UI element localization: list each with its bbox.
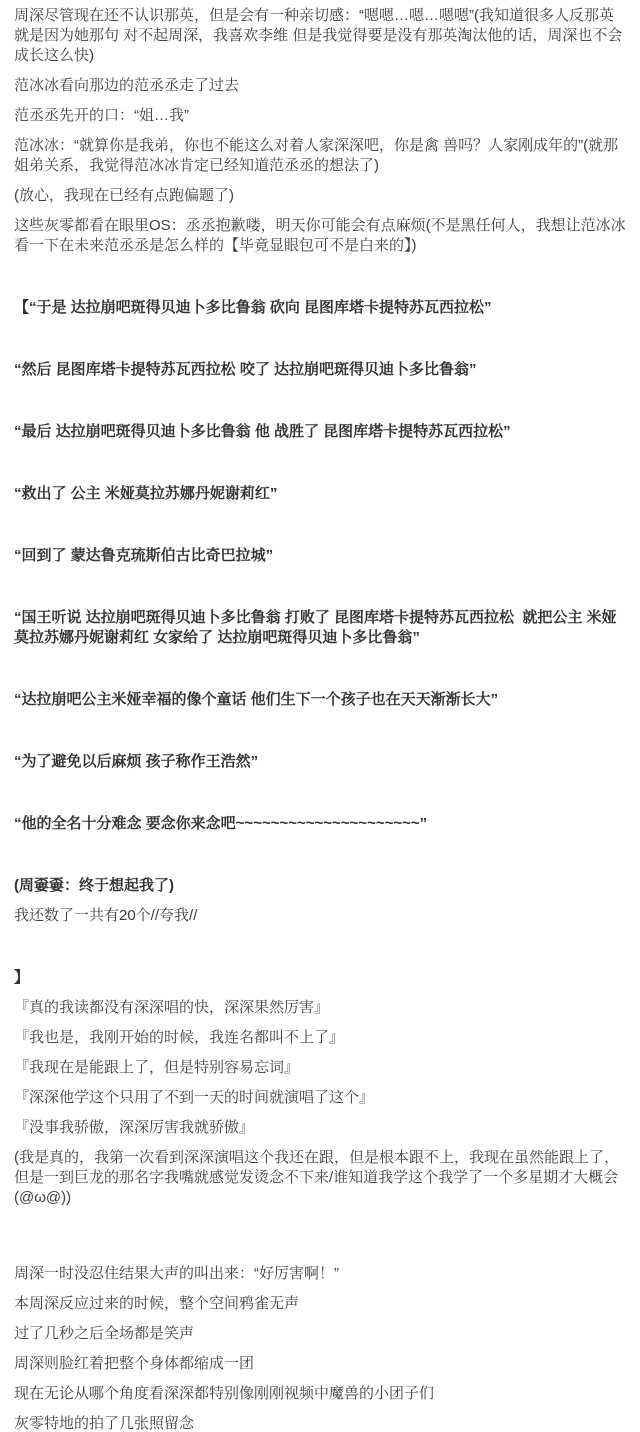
- paragraph: 现在无论从哪个角度看深深都特别像刚刚视频中魔兽的小团子们: [14, 1384, 626, 1404]
- paragraph: (我是真的，我第一次看到深深演唱这个我还在跟，但是根本跟不上，我现在虽然能跟上了…: [14, 1148, 626, 1208]
- paragraph: “救出了 公主 米娅莫拉苏娜丹妮谢莉红”: [14, 484, 626, 504]
- paragraph: “他的全名十分难念 要念你来念吧~~~~~~~~~~~~~~~~~~~~~”: [14, 814, 626, 834]
- paragraph: (放心，我现在已经有点跑偏题了): [14, 186, 626, 206]
- paragraph: 『没事我骄傲，深深厉害我就骄傲』: [14, 1118, 626, 1138]
- paragraph: 我还数了一共有20个//夸我//: [14, 906, 626, 926]
- paragraph: “为了避免以后麻烦 孩子称作王浩然”: [14, 752, 626, 772]
- paragraph: “国王听说 达拉崩吧斑得贝迪卜多比鲁翁 打败了 昆图库塔卡提特苏瓦西拉松 就把公…: [14, 608, 626, 648]
- paragraph: 周深尽管现在还不认识那英，但是会有一种亲切感：“嗯嗯…嗯…嗯嗯”(我知道很多人反…: [14, 6, 626, 66]
- paragraph: 周深一时没忍住结果大声的叫出来：“好厉害啊！”: [14, 1264, 626, 1284]
- paragraph: 这些灰零都看在眼里OS：丞丞抱歉喽，明天你可能会有点麻烦(不是黑任何人，我想让范…: [14, 216, 626, 256]
- paragraph: (周嫑嫑：终于想起我了): [14, 876, 626, 896]
- paragraph: 范冰冰看向那边的范丞丞走了过去: [14, 76, 626, 96]
- paragraph: “最后 达拉崩吧斑得贝迪卜多比鲁翁 他 战胜了 昆图库塔卡提特苏瓦西拉松”: [14, 422, 626, 442]
- paragraph: 周深则脸红着把整个身体都缩成一团: [14, 1354, 626, 1374]
- paragraph: 】: [14, 968, 626, 988]
- paragraph: 『我也是，我刚开始的时候，我连名都叫不上了』: [14, 1028, 626, 1048]
- paragraph: 『真的我读都没有深深唱的快，深深果然厉害』: [14, 998, 626, 1018]
- paragraph: “达拉崩吧公主米娅幸福的像个童话 他们生下一个孩子也在天天渐渐长大”: [14, 690, 626, 710]
- paragraph: 本周深反应过来的时候，整个空间鸦雀无声: [14, 1294, 626, 1314]
- page: 周深尽管现在还不认识那英，但是会有一种亲切感：“嗯嗯…嗯…嗯嗯”(我知道很多人反…: [0, 0, 640, 1432]
- paragraph: 范冰冰：“就算你是我弟，你也不能这么对着人家深深吧，你是禽 兽吗？人家刚成年的”…: [14, 136, 626, 176]
- paragraph: 『深深他学这个只用了不到一天的时间就演唱了这个』: [14, 1088, 626, 1108]
- paragraph: “然后 昆图库塔卡提特苏瓦西拉松 咬了 达拉崩吧斑得贝迪卜多比鲁翁”: [14, 360, 626, 380]
- paragraph: 『我现在是能跟上了，但是特别容易忘词』: [14, 1058, 626, 1078]
- paragraph: 【“于是 达拉崩吧斑得贝迪卜多比鲁翁 砍向 昆图库塔卡提特苏瓦西拉松”: [14, 298, 626, 318]
- paragraph: 灰零特地的拍了几张照留念: [14, 1414, 626, 1432]
- paragraph: 范丞丞先开的口：“姐…我”: [14, 106, 626, 126]
- paragraph: “回到了 蒙达鲁克琉斯伯古比奇巴拉城”: [14, 546, 626, 566]
- paragraph: 过了几秒之后全场都是笑声: [14, 1324, 626, 1344]
- story-text: 周深尽管现在还不认识那英，但是会有一种亲切感：“嗯嗯…嗯…嗯嗯”(我知道很多人反…: [14, 6, 626, 1432]
